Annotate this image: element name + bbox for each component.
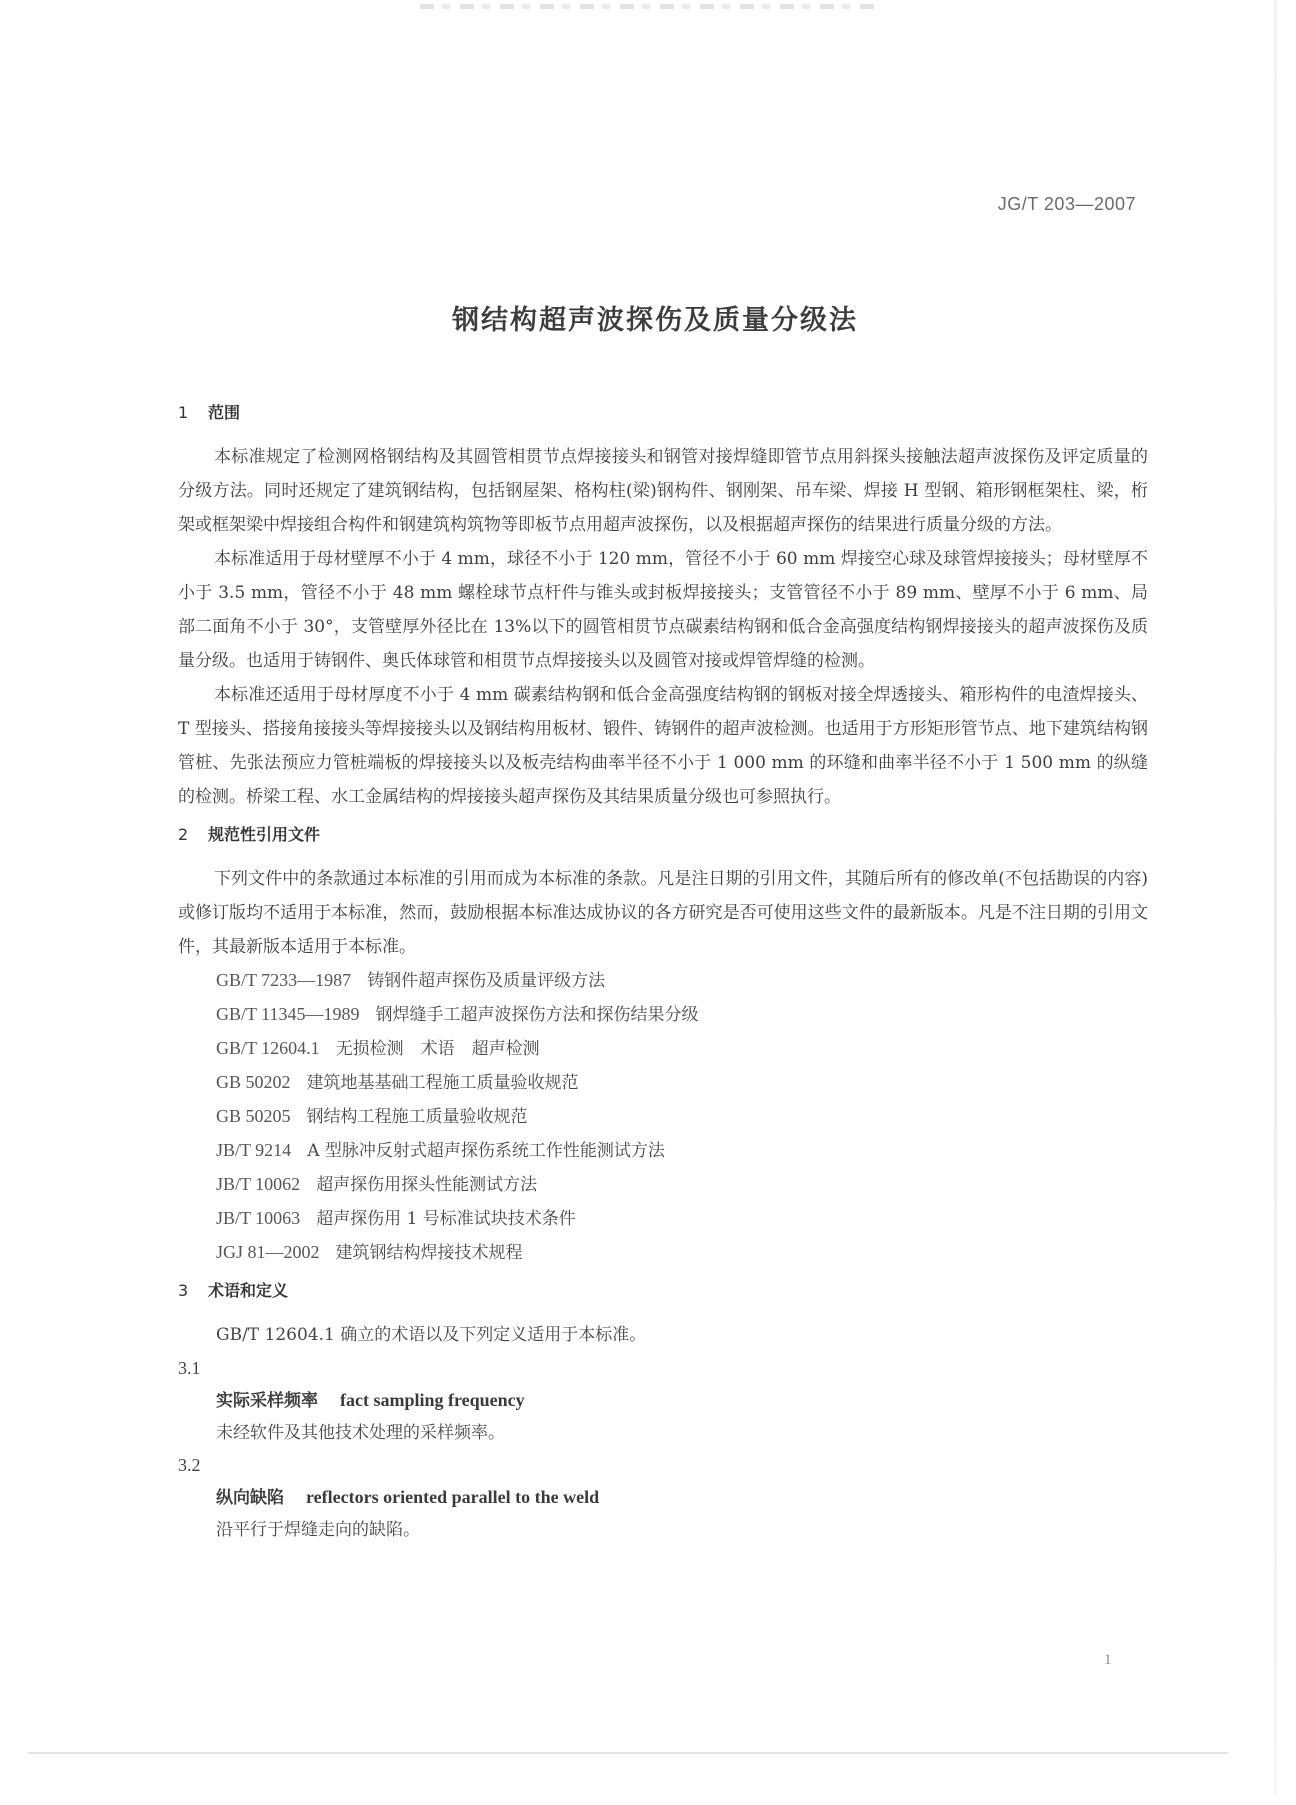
reference-item: JB/T 9214A 型脉冲反射式超声探伤系统工作性能测试方法 bbox=[178, 1134, 1148, 1168]
reference-item: JB/T 10063超声探伤用 1 号标准试块技术条件 bbox=[178, 1202, 1148, 1236]
section-number: 2 bbox=[178, 820, 208, 850]
scan-artifact-top bbox=[420, 4, 880, 9]
term-heading: 纵向缺陷reflectors oriented parallel to the … bbox=[178, 1481, 1148, 1514]
term-english: fact sampling frequency bbox=[340, 1390, 525, 1410]
reference-title: 钢结构工程施工质量验收规范 bbox=[307, 1107, 528, 1127]
reference-item: GB 50205钢结构工程施工质量验收规范 bbox=[178, 1100, 1148, 1134]
reference-code: JB/T 9214 bbox=[216, 1140, 291, 1160]
reference-title: 建筑地基基础工程施工质量验收规范 bbox=[307, 1073, 579, 1093]
scope-paragraph-3: 本标准还适用于母材厚度不小于 4 mm 碳素结构钢和低合金高强度结构钢的钢板对接… bbox=[178, 678, 1148, 814]
document-title: 钢结构超声波探伤及质量分级法 bbox=[0, 298, 1296, 337]
reference-code: GB 50202 bbox=[216, 1072, 291, 1092]
reference-item: GB/T 7233—1987铸钢件超声探伤及质量评级方法 bbox=[178, 964, 1148, 998]
reference-code: GB/T 7233—1987 bbox=[216, 970, 351, 990]
reference-code: GB/T 12604.1 bbox=[216, 1038, 320, 1058]
term-english: reflectors oriented parallel to the weld bbox=[306, 1487, 599, 1507]
section-number: 1 bbox=[178, 398, 208, 428]
clause-number: 3.2 bbox=[178, 1449, 1148, 1481]
term-chinese: 纵向缺陷 bbox=[216, 1488, 284, 1508]
document-code: JG/T 203—2007 bbox=[998, 194, 1136, 215]
page-edge-right bbox=[1274, 0, 1277, 1795]
reference-item: GB/T 12604.1无损检测 术语 超声检测 bbox=[178, 1032, 1148, 1066]
reference-title: 钢焊缝手工超声波探伤方法和探伤结果分级 bbox=[376, 1005, 699, 1025]
term-definition: 未经软件及其他技术处理的采样频率。 bbox=[178, 1417, 1148, 1449]
page-number: 1 bbox=[1104, 1652, 1112, 1669]
reference-code: JB/T 10062 bbox=[216, 1174, 300, 1194]
scope-paragraph-2: 本标准适用于母材壁厚不小于 4 mm，球径不小于 120 mm，管径不小于 60… bbox=[178, 542, 1148, 678]
reference-item: JB/T 10062超声探伤用探头性能测试方法 bbox=[178, 1168, 1148, 1202]
page-edge-bottom bbox=[28, 1752, 1228, 1754]
scope-paragraph-1: 本标准规定了检测网格钢结构及其圆管相贯节点焊接接头和钢管对接焊缝即管节点用斜探头… bbox=[178, 440, 1148, 542]
section-heading-normative-references: 2规范性引用文件 bbox=[178, 820, 1148, 850]
term-definition: 沿平行于焊缝走向的缺陷。 bbox=[178, 1514, 1148, 1546]
reference-title: A 型脉冲反射式超声探伤系统工作性能测试方法 bbox=[307, 1141, 665, 1161]
terms-intro: GB/T 12604.1 确立的术语以及下列定义适用于本标准。 bbox=[178, 1318, 1148, 1352]
reference-item: JGJ 81—2002建筑钢结构焊接技术规程 bbox=[178, 1236, 1148, 1270]
reference-item: GB 50202建筑地基基础工程施工质量验收规范 bbox=[178, 1066, 1148, 1100]
reference-code: JB/T 10063 bbox=[216, 1208, 300, 1228]
section-title: 范围 bbox=[208, 403, 240, 422]
section-title: 规范性引用文件 bbox=[208, 825, 320, 844]
section-heading-terms-definitions: 3术语和定义 bbox=[178, 1276, 1148, 1306]
reference-code: GB 50205 bbox=[216, 1106, 291, 1126]
reference-title: 建筑钢结构焊接技术规程 bbox=[336, 1243, 523, 1263]
term-chinese: 实际采样频率 bbox=[216, 1391, 318, 1411]
reference-title: 超声探伤用 1 号标准试块技术条件 bbox=[316, 1209, 576, 1229]
section-number: 3 bbox=[178, 1276, 208, 1306]
section-heading-scope: 1范围 bbox=[178, 398, 1148, 428]
reference-title: 铸钢件超声探伤及质量评级方法 bbox=[367, 971, 605, 991]
reference-title: 无损检测 术语 超声检测 bbox=[336, 1039, 540, 1059]
clause-number: 3.1 bbox=[178, 1352, 1148, 1384]
term-heading: 实际采样频率fact sampling frequency bbox=[178, 1384, 1148, 1417]
section-title: 术语和定义 bbox=[208, 1281, 288, 1300]
reference-item: GB/T 11345—1989钢焊缝手工超声波探伤方法和探伤结果分级 bbox=[178, 998, 1148, 1032]
reference-list: GB/T 7233—1987铸钢件超声探伤及质量评级方法 GB/T 11345—… bbox=[178, 964, 1148, 1270]
references-intro-paragraph: 下列文件中的条款通过本标准的引用而成为本标准的条款。凡是注日期的引用文件，其随后… bbox=[178, 862, 1148, 964]
reference-title: 超声探伤用探头性能测试方法 bbox=[316, 1175, 537, 1195]
document-body: 1范围 本标准规定了检测网格钢结构及其圆管相贯节点焊接接头和钢管对接焊缝即管节点… bbox=[178, 398, 1148, 1546]
reference-code: GB/T 11345—1989 bbox=[216, 1004, 360, 1024]
reference-code: JGJ 81—2002 bbox=[216, 1242, 320, 1262]
